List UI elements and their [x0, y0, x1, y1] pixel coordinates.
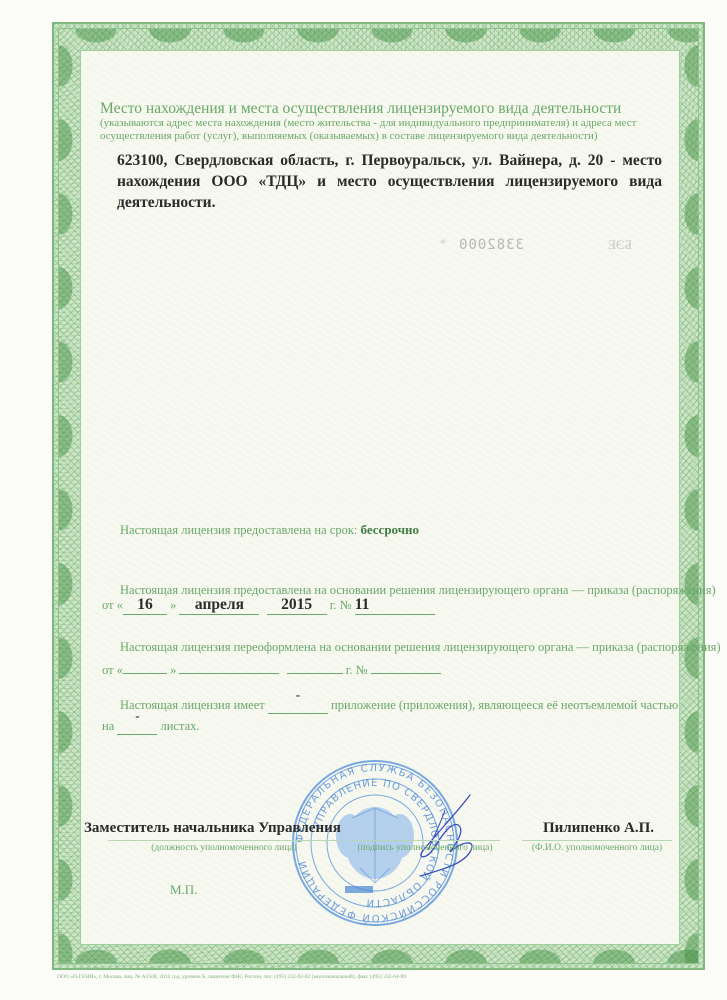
- appendix-count: -: [296, 687, 300, 702]
- handwritten-signature: [400, 790, 495, 880]
- appendix-on: на: [102, 719, 114, 733]
- reissue-label: Настоящая лицензия переоформлена на осно…: [120, 640, 721, 655]
- printer-imprint: ООО «П-ГЕНИ», г. Москва, лиц. № А1568, 2…: [57, 974, 406, 980]
- name-caption: (Ф.И.О. уполномоченного лица): [522, 843, 672, 853]
- appendix-sheets: -: [135, 708, 139, 723]
- term-label: Настоящая лицензия предоставлена на срок…: [120, 523, 357, 537]
- location-heading-note: (указываются адрес места нахождения (мес…: [100, 117, 636, 142]
- grant-year: 2015: [281, 596, 312, 613]
- position-rule: [108, 840, 340, 841]
- grant-from: от «: [102, 598, 123, 612]
- appendix-label-post: приложение (приложения), являющееся её н…: [331, 698, 678, 712]
- location-heading: Место нахождения и места осуществления л…: [100, 100, 680, 143]
- reissue-year-suffix: г.: [346, 663, 353, 677]
- term-line: Настоящая лицензия предоставлена на срок…: [120, 522, 419, 538]
- grant-month: апреля: [195, 596, 244, 613]
- signature-rule: [350, 840, 500, 841]
- bleed-through-serial: 3382000: [458, 237, 524, 253]
- bleed-through-mark: *: [440, 236, 446, 251]
- reissue-from: от «: [102, 663, 123, 677]
- location-heading-lead: Место нахождения и места осуществления л…: [100, 100, 621, 117]
- grant-year-suffix: г.: [330, 598, 337, 612]
- signature-caption: (подпись уполномоченного лица): [350, 843, 500, 853]
- reissue-details: от « » г. №: [102, 661, 441, 678]
- grant-number-sign: №: [340, 598, 352, 612]
- grant-details: от «16 » апреля 2015 г. № 11: [102, 596, 435, 615]
- position-caption: (должность уполномоченного лица): [108, 843, 340, 853]
- appendix-sheets-label: листах.: [161, 719, 200, 733]
- bleed-through-series: БЭЕ: [608, 237, 632, 253]
- appendix-line: Настоящая лицензия имеет - приложение (п…: [120, 697, 678, 714]
- reissue-number-sign: №: [356, 663, 368, 677]
- appendix-sheets-line: на - листах.: [102, 718, 200, 735]
- name-rule: [522, 840, 672, 841]
- grant-day: 16: [137, 596, 153, 613]
- grant-quote-close: »: [170, 598, 176, 612]
- authorized-person-position: Заместитель начальника Управления: [84, 820, 341, 837]
- reissue-quote-close: »: [170, 663, 176, 677]
- term-value: бессрочно: [361, 522, 420, 537]
- seal-place-mark: М.П.: [170, 882, 197, 898]
- licensed-address: 623100, Свердловская область, г. Первоур…: [117, 150, 662, 213]
- authorized-person-name: Пилипенко А.П.: [543, 820, 654, 837]
- grant-number: 11: [355, 596, 370, 613]
- appendix-label-pre: Настоящая лицензия имеет: [120, 698, 265, 712]
